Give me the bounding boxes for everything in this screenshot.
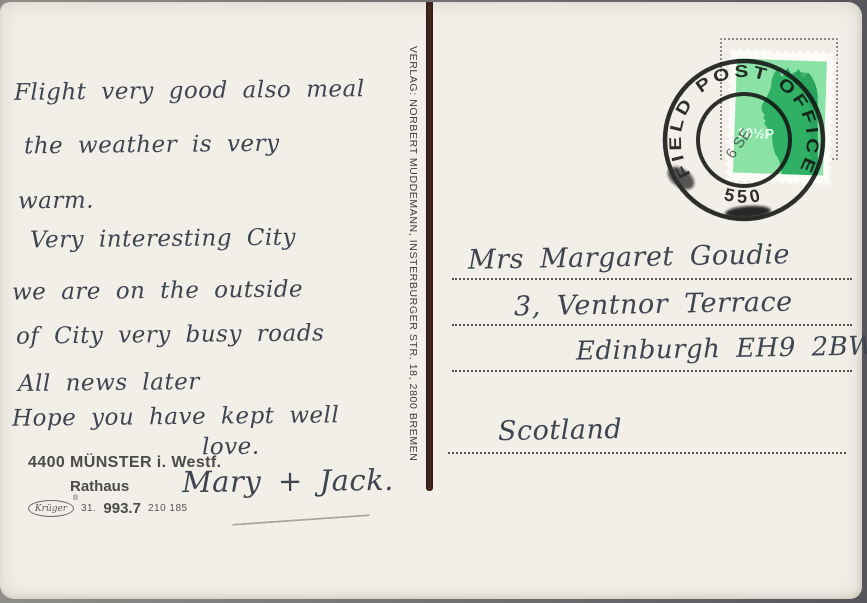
message-line: Flight very good also meal	[14, 76, 365, 106]
message-line: we are on the outside	[12, 276, 303, 305]
message-line: the weather is very	[24, 131, 280, 160]
postmark-number: 550	[722, 184, 765, 207]
address-street: 3, Ventnor Terrace	[514, 287, 793, 323]
centre-divider-line	[426, 2, 433, 491]
field-post-office-postmark: FIELD POST OFFICE 550 6 SE	[658, 54, 830, 226]
address-dotted-line	[452, 370, 852, 372]
address-country: Scotland	[498, 414, 623, 447]
postmark-arc-text: FIELD POST OFFICE	[666, 62, 823, 181]
message-line: All news later	[18, 369, 200, 397]
address-dotted-line	[452, 324, 852, 326]
publisher-logo: Krüger ®	[28, 500, 74, 517]
svg-text:550: 550	[722, 184, 765, 207]
message-line: warm.	[18, 188, 94, 215]
message-line: Very interesting City	[30, 225, 296, 254]
signature-underline	[232, 514, 370, 526]
publisher-logo-text: Krüger	[35, 504, 67, 514]
message-line: Hope you have kept well	[12, 402, 340, 431]
message-line: of City very busy roads	[16, 320, 325, 349]
imprint-code-row: Krüger ® 31. 993.7 210 185	[28, 500, 188, 517]
imprint-code-main: 993.7	[103, 500, 141, 517]
imprint-code-suffix: 210 185	[148, 503, 188, 514]
imprint-code-prefix: 31.	[81, 503, 96, 514]
postcard-scan: { "card": { "message": { "line1": "Fligh…	[0, 0, 867, 603]
postcard-back: Flight very good also meal the weather i…	[0, 2, 862, 599]
svg-text:FIELD POST OFFICE: FIELD POST OFFICE	[666, 62, 823, 181]
address-dotted-line	[452, 278, 852, 280]
imprint-location: 4400 MÜNSTER i. Westf.	[28, 454, 221, 472]
printed-imprint: 4400 MÜNSTER i. Westf. Rathaus	[28, 454, 221, 495]
publisher-credit-vertical: VERLAG: NORBERT MUDDEMANN, INSTERBURGER …	[403, 46, 419, 466]
imprint-subject: Rathaus	[70, 478, 221, 495]
address-recipient: Mrs Margaret Goudie	[468, 239, 790, 276]
address-dotted-line	[448, 452, 846, 454]
address-city-postcode: Edinburgh EH9 2BW	[576, 331, 867, 366]
postmark-date: 6 SE	[723, 126, 756, 162]
registered-mark: ®	[72, 494, 79, 502]
